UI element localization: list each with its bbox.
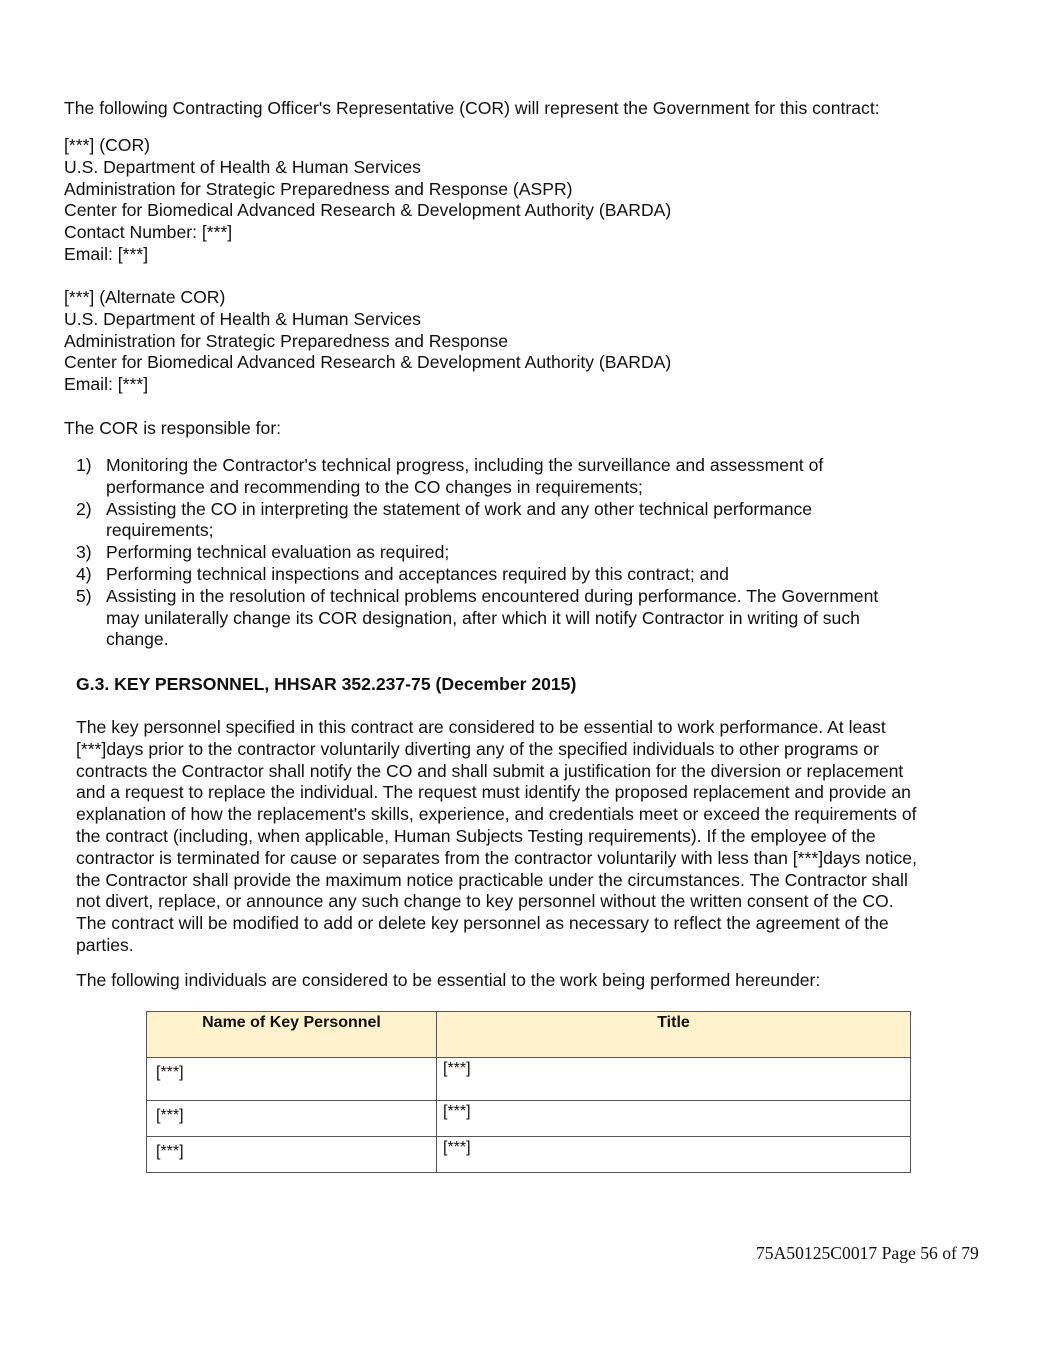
list-item-text: Assisting the CO in interpreting the sta… <box>106 499 976 521</box>
cor-email: Email: [***] <box>64 244 671 266</box>
list-item-number: 1) <box>76 455 92 477</box>
paragraph-line: and a request to replace the individual.… <box>76 782 996 804</box>
cor-alternate-block: [***] (Alternate COR) U.S. Department of… <box>64 287 671 396</box>
page-footer: 75A50125C0017 Page 56 of 79 <box>756 1243 979 1265</box>
alt-cor-name: [***] (Alternate COR) <box>64 287 671 309</box>
paragraph-line: contractor is terminated for cause or se… <box>76 848 996 870</box>
personnel-title: [***] <box>437 1137 911 1173</box>
list-item: 3)Performing technical evaluation as req… <box>76 542 976 564</box>
list-item-number: 2) <box>76 499 92 521</box>
personnel-name: [***] <box>147 1137 437 1173</box>
list-item-text: may unilaterally change its COR designat… <box>106 608 976 630</box>
personnel-title: [***] <box>437 1101 911 1137</box>
section-heading: G.3. KEY PERSONNEL, HHSAR 352.237-75 (De… <box>76 674 576 696</box>
cor-intro-text: The following Contracting Officer's Repr… <box>64 98 880 120</box>
cor-administration: Administration for Strategic Preparednes… <box>64 179 671 201</box>
cor-name: [***] (COR) <box>64 135 671 157</box>
personnel-title: [***] <box>437 1058 911 1101</box>
list-item-text: Performing technical evaluation as requi… <box>106 542 976 564</box>
paragraph-line: contracts the Contractor shall notify th… <box>76 761 996 783</box>
list-item-text: Assisting in the resolution of technical… <box>106 586 976 608</box>
paragraph-line: not divert, replace, or announce any suc… <box>76 891 996 913</box>
paragraph-line: the Contractor shall provide the maximum… <box>76 870 996 892</box>
list-item: 2)Assisting the CO in interpreting the s… <box>76 499 976 543</box>
list-item-text: Performing technical inspections and acc… <box>106 564 976 586</box>
alt-cor-email: Email: [***] <box>64 374 671 396</box>
paragraph-line: the contract (including, when applicable… <box>76 826 996 848</box>
list-item: 4)Performing technical inspections and a… <box>76 564 976 586</box>
paragraph-line: The contract will be modified to add or … <box>76 913 996 935</box>
cor-department: U.S. Department of Health & Human Servic… <box>64 157 671 179</box>
alt-cor-department: U.S. Department of Health & Human Servic… <box>64 309 671 331</box>
list-item: 5)Assisting in the resolution of technic… <box>76 586 976 651</box>
personnel-name: [***] <box>147 1058 437 1101</box>
table-row: [***] [***] <box>147 1058 911 1101</box>
key-personnel-paragraph: The key personnel specified in this cont… <box>76 717 996 957</box>
alt-cor-administration: Administration for Strategic Preparednes… <box>64 331 671 353</box>
paragraph-line: explanation of how the replacement's ski… <box>76 804 996 826</box>
list-item: 1)Monitoring the Contractor's technical … <box>76 455 976 499</box>
cor-contact-number: Contact Number: [***] <box>64 222 671 244</box>
key-personnel-table: Name of Key Personnel Title [***] [***] … <box>146 1011 911 1173</box>
table-row: [***] [***] <box>147 1137 911 1173</box>
list-item-text: requirements; <box>106 520 976 542</box>
header-name: Name of Key Personnel <box>147 1012 437 1058</box>
responsibilities-intro: The COR is responsible for: <box>64 418 281 440</box>
list-item-text: change. <box>106 629 976 651</box>
table-header-row: Name of Key Personnel Title <box>147 1012 911 1058</box>
list-item-text: Monitoring the Contractor's technical pr… <box>106 455 976 477</box>
list-item-number: 5) <box>76 586 92 608</box>
paragraph-line: The key personnel specified in this cont… <box>76 717 996 739</box>
responsibilities-list: 1)Monitoring the Contractor's technical … <box>76 455 976 651</box>
personnel-name: [***] <box>147 1101 437 1137</box>
cor-primary-block: [***] (COR) U.S. Department of Health & … <box>64 135 671 266</box>
list-item-number: 4) <box>76 564 92 586</box>
paragraph-line: parties. <box>76 935 996 957</box>
paragraph-line: [***]days prior to the contractor volunt… <box>76 739 996 761</box>
cor-center: Center for Biomedical Advanced Research … <box>64 200 671 222</box>
list-item-number: 3) <box>76 542 92 564</box>
table-intro-text: The following individuals are considered… <box>76 970 820 992</box>
header-title: Title <box>437 1012 911 1058</box>
alt-cor-center: Center for Biomedical Advanced Research … <box>64 352 671 374</box>
table-row: [***] [***] <box>147 1101 911 1137</box>
list-item-text: performance and recommending to the CO c… <box>106 477 976 499</box>
